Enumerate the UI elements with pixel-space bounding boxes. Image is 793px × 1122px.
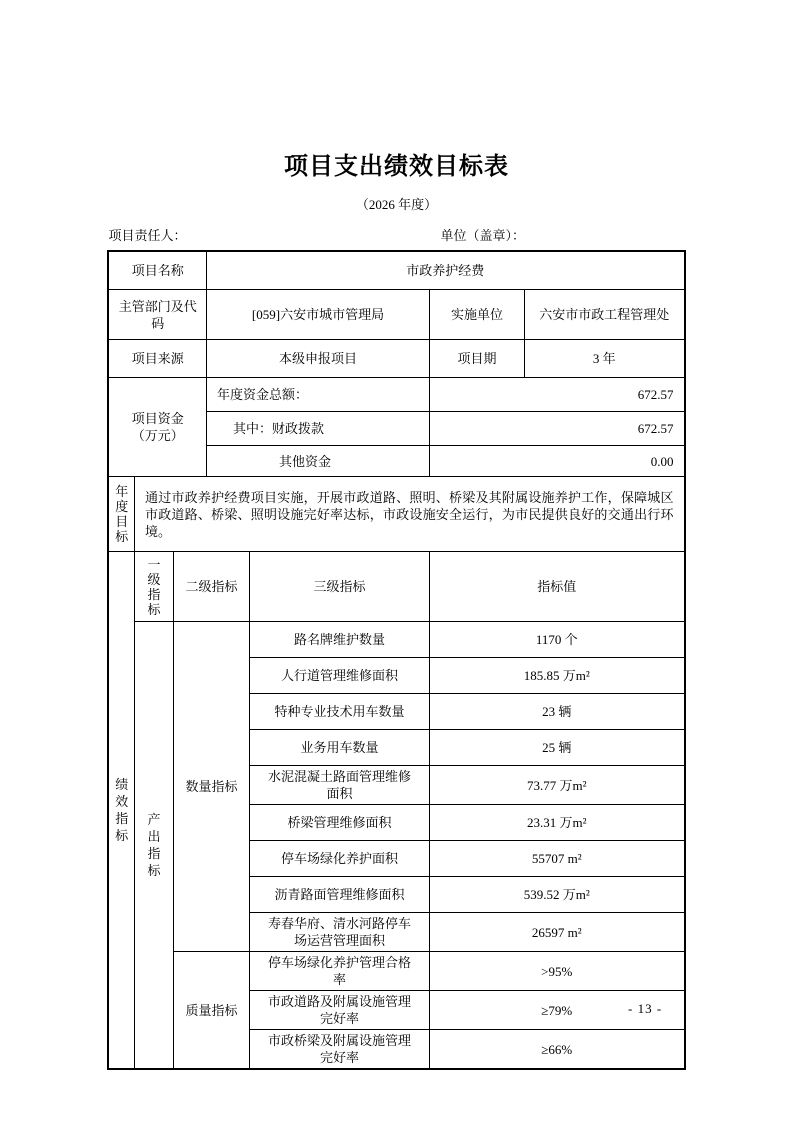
level2-header-cell: 二级指标 — [173, 552, 249, 622]
dept-row: 主管部门及代码 [059]六安市城市管理局 实施单位 六安市市政工程管理处 — [108, 290, 684, 340]
project-name-row: 项目名称 市政养护经费 — [108, 251, 684, 290]
funding-other-value: 0.00 — [430, 446, 685, 477]
funding-fiscal-label: 其中：财政拨款 — [207, 412, 430, 446]
dept-code-value: [059]六安市城市管理局 — [207, 290, 430, 340]
indicator-header-row: 绩效指标 一级指标 二级指标 三级指标 指标值 — [108, 552, 684, 622]
impl-unit-value: 六安市市政工程管理处 — [525, 290, 685, 340]
responsible-person-label: 项目责任人： — [109, 228, 187, 243]
level1-header-label: 一级指标 — [147, 557, 161, 617]
project-period-value: 3 年 — [525, 340, 685, 378]
page-number: - 13 - — [628, 1001, 662, 1017]
value-header-cell: 指标值 — [430, 552, 685, 622]
indicator-value: 73.77 万m² — [430, 766, 685, 805]
annual-goal-label-cell: 年度目标 — [108, 477, 134, 552]
indicator-name: 特种专业技术用车数量 — [250, 694, 430, 730]
indicator-row: 质量指标停车场绿化养护管理合格率>95% — [108, 952, 684, 991]
indicator-value: ≥66% — [430, 1030, 685, 1070]
funding-total-value: 672.57 — [430, 378, 685, 412]
document-page: 项目支出绩效目标表 （2026 年度） 项目责任人： 单位（盖章）： 项目名称 … — [0, 0, 793, 1122]
annual-goal-label: 年度目标 — [115, 484, 129, 544]
funding-section-label: 项目资金（万元） — [108, 378, 206, 477]
level1-indicator-label: 产出指标 — [147, 811, 161, 879]
indicator-name: 业务用车数量 — [250, 730, 430, 766]
indicator-name: 寿春华府、清水河路停车场运营管理面积 — [250, 913, 430, 952]
indicator-name: 沥青路面管理维修面积 — [250, 877, 430, 913]
indicator-value: >95% — [430, 952, 685, 991]
annual-goal-text: 通过市政养护经费项目实施，开展市政道路、照明、桥梁及其附属设施养护工作，保障城区… — [134, 477, 684, 552]
impl-unit-label: 实施单位 — [430, 290, 525, 340]
indicator-value: 26597 m² — [430, 913, 685, 952]
project-source-value: 本级申报项目 — [207, 340, 430, 378]
source-row: 项目来源 本级申报项目 项目期 3 年 — [108, 340, 684, 378]
level3-header-cell: 三级指标 — [250, 552, 430, 622]
indicator-value: 23.31 万m² — [430, 805, 685, 841]
signature-row: 项目责任人： 单位（盖章）： — [109, 225, 685, 243]
indicator-name: 停车场绿化养护面积 — [250, 841, 430, 877]
project-period-label: 项目期 — [430, 340, 525, 378]
indicator-value: 25 辆 — [430, 730, 685, 766]
indicator-name: 人行道管理维修面积 — [250, 658, 430, 694]
page-title: 项目支出绩效目标表 — [0, 0, 793, 181]
performance-indicator-section-cell: 绩效指标 — [108, 552, 134, 1070]
indicator-value: 55707 m² — [430, 841, 685, 877]
funding-row-total: 项目资金（万元） 年度资金总额： 672.57 — [108, 378, 684, 412]
page-subtitle: （2026 年度） — [0, 194, 793, 213]
indicator-name: 停车场绿化养护管理合格率 — [250, 952, 430, 991]
indicator-value: 185.85 万m² — [430, 658, 685, 694]
funding-total-label: 年度资金总额： — [207, 378, 430, 412]
indicator-name: 市政道路及附属设施管理完好率 — [250, 991, 430, 1030]
performance-indicator-section-label: 绩效指标 — [115, 776, 129, 844]
funding-fiscal-value: 672.57 — [430, 412, 685, 446]
indicator-name: 市政桥梁及附属设施管理完好率 — [250, 1030, 430, 1070]
indicator-name: 路名牌维护数量 — [250, 622, 430, 658]
indicator-value: 1170 个 — [430, 622, 685, 658]
unit-seal-label: 单位（盖章）： — [441, 225, 526, 244]
indicator-name: 桥梁管理维修面积 — [250, 805, 430, 841]
annual-goal-row: 年度目标 通过市政养护经费项目实施，开展市政道路、照明、桥梁及其附属设施养护工作… — [108, 477, 684, 552]
indicator-value: 23 辆 — [430, 694, 685, 730]
level1-indicator-cell: 产出指标 — [134, 622, 173, 1070]
level1-header-cell: 一级指标 — [134, 552, 173, 622]
performance-target-table: 项目名称 市政养护经费 主管部门及代码 [059]六安市城市管理局 实施单位 六… — [107, 250, 685, 1070]
project-source-label: 项目来源 — [108, 340, 206, 378]
indicator-name: 水泥混凝土路面管理维修面积 — [250, 766, 430, 805]
level2-indicator-cell: 质量指标 — [173, 952, 249, 1070]
project-name-label: 项目名称 — [108, 251, 206, 290]
indicator-value: 539.52 万m² — [430, 877, 685, 913]
funding-other-label: 其他资金 — [207, 446, 430, 477]
dept-code-label: 主管部门及代码 — [108, 290, 206, 340]
project-name-value: 市政养护经费 — [207, 251, 685, 290]
indicator-row: 产出指标数量指标路名牌维护数量1170 个 — [108, 622, 684, 658]
level2-indicator-cell: 数量指标 — [173, 622, 249, 952]
